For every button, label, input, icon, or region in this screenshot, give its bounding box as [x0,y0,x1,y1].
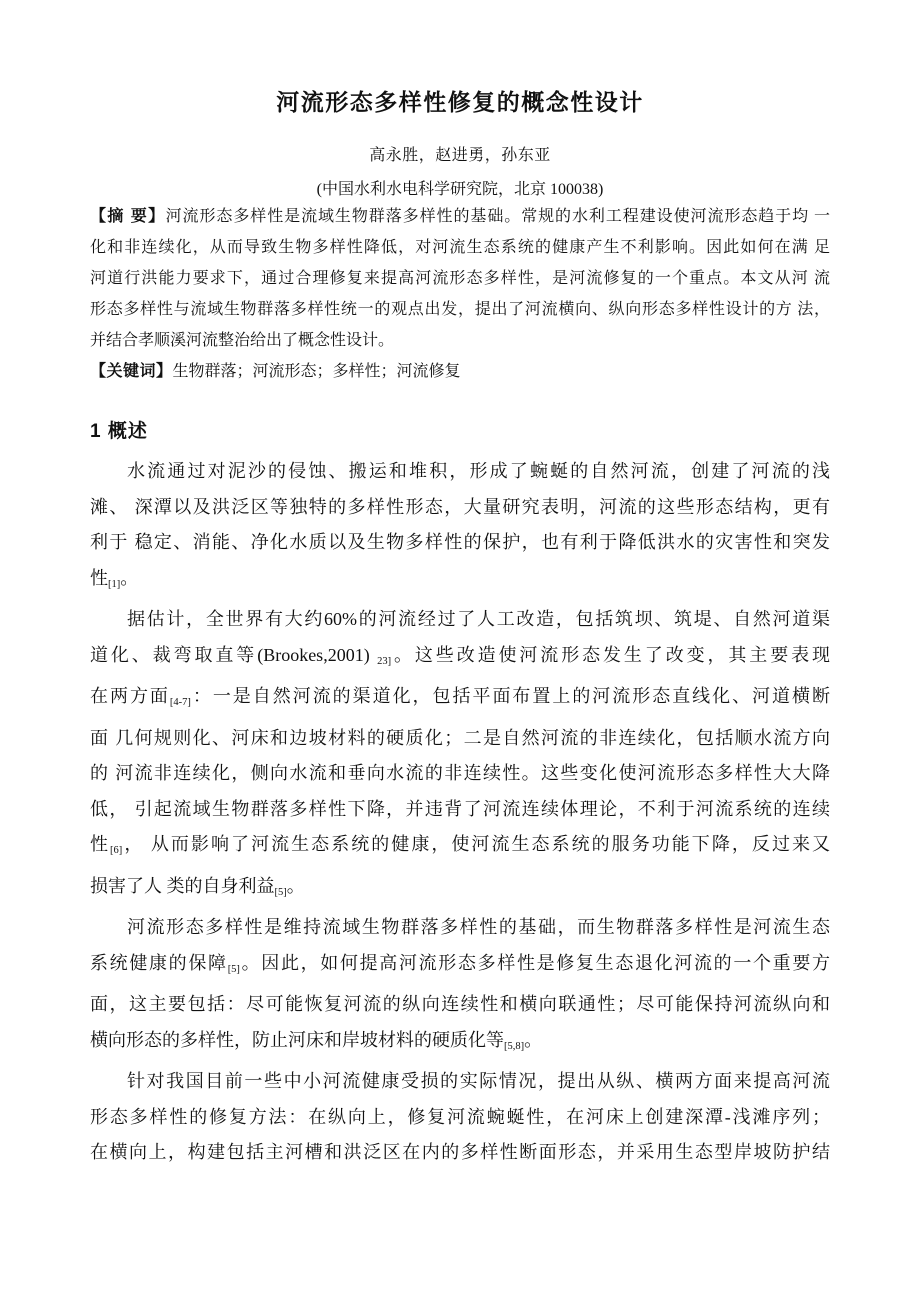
text-line: 性[6]， 从而影响了河流生态系统的健康，使河流生态系统的服务功能下降，反过来又 [90,827,830,869]
text-line: 性[1]。 [90,561,830,603]
text-line: 【关键词】生物群落；河流形态；多样性；河流修复 [90,356,830,387]
text-line: 系统健康的保障[5]。因此，如何提高河流形态多样性是修复生态退化河流的一个重要方 [90,946,830,988]
text-segment: 河道行洪能力要求下，通过合理修复来提高河流形态多样性，是河流修复的一个重点。本文… [90,270,830,287]
citation-marker: [5,8] [504,1041,524,1052]
text-line: 损害了人 类的自身利益[5]。 [90,869,830,911]
citation-marker: [5] [275,887,287,898]
text-segment: 并结合孝顺溪河流整治给出了概念性设计。 [90,332,394,349]
text-segment: 滩、 深潭以及洪泛区等独特的多样性形态，大量研究表明，河流的这些形态结构，更有 [90,497,830,517]
text-segment: 面，这主要包括：尽可能恢复河流的纵向连续性和横向联通性；尽可能保持河流纵向和 [90,994,830,1014]
text-line: 在横向上，构建包括主河槽和洪泛区在内的多样性断面形态，并采用生态型岸坡防护结 [90,1135,830,1171]
text-segment: 生物群落；河流形态；多样性；河流修复 [173,363,461,380]
text-line: 利于 稳定、消能、净化水质以及生物多样性的保护，也有利于降低洪水的灾害性和突发 [90,525,830,561]
text-segment: 利于 稳定、消能、净化水质以及生物多样性的保护，也有利于降低洪水的灾害性和突发 [90,532,830,552]
text-line: 针对我国目前一些中小河流健康受损的实际情况，提出从纵、横两方面来提高河流 [90,1064,830,1100]
text-segment: 道化、裁弯取直等(Brookes,2001) [90,645,377,665]
text-segment: 在两方面 [90,686,170,706]
citation-marker: [4-7] [170,697,191,708]
text-line: 的 河流非连续化，侧向水流和垂向水流的非连续性。这些变化使河流形态多样性大大降 [90,756,830,792]
text-line: 形态多样性的修复方法：在纵向上，修复河流蜿蜒性，在河床上创建深潭-浅滩序列； [90,1100,830,1136]
text-line: 河道行洪能力要求下，通过合理修复来提高河流形态多样性，是河流修复的一个重点。本文… [90,263,830,294]
text-line: 低， 引起流域生物群落多样性下降，并违背了河流连续体理论，不利于河流系统的连续 [90,792,830,828]
text-segment: 。 [524,1030,542,1050]
paragraph-3: 河流形态多样性是维持流域生物群落多样性的基础，而生物群落多样性是河流生态系统健康… [90,910,830,1064]
text-line: 道化、裁弯取直等(Brookes,2001) 23]。这些改造使河流形态发生了改… [90,638,830,680]
bold-label: 【摘 要】 [90,208,166,225]
text-line: 据估计，全世界有大约60%的河流经过了人工改造，包括筑坝、筑堤、自然河道渠 [90,602,830,638]
text-segment: 水流通过对泥沙的侵蚀、搬运和堆积，形成了蜿蜒的自然河流，创建了河流的浅 [127,461,830,481]
text-line: 【摘 要】河流形态多样性是流域生物群落多样性的基础。常规的水利工程建设使河流形态… [90,201,830,232]
citation-marker: 23] [377,656,391,667]
text-segment: 在横向上，构建包括主河槽和洪泛区在内的多样性断面形态，并采用生态型岸坡防护结 [90,1142,830,1162]
text-segment: 低， 引起流域生物群落多样性下降，并违背了河流连续体理论，不利于河流系统的连续 [90,799,830,819]
author-names: 高永胜，赵进勇，孙东亚 [90,145,830,167]
section-heading: 1 概述 [90,419,830,445]
paper-title: 河流形态多样性修复的概念性设计 [90,88,830,116]
text-segment: 系统健康的保障 [90,953,228,973]
text-segment: 横向形态的多样性，防止河床和岸坡材料的硬质化等 [90,1030,504,1050]
text-segment: ：一是自然河流的渠道化，包括平面布置上的河流形态直线化、河道横断 [191,686,830,706]
bold-label: 【关键词】 [90,363,173,380]
citation-marker: [6] [110,845,122,856]
text-segment: 性 [90,834,110,854]
text-line: 横向形态的多样性，防止河床和岸坡材料的硬质化等[5,8]。 [90,1023,830,1065]
paragraph-4: 针对我国目前一些中小河流健康受损的实际情况，提出从纵、横两方面来提高河流形态多样… [90,1064,830,1171]
text-segment: 面 几何规则化、河床和边坡材料的硬质化；二是自然河流的非连续化，包括顺水流方向 [90,728,830,748]
text-segment: 针对我国目前一些中小河流健康受损的实际情况，提出从纵、横两方面来提高河流 [127,1071,830,1091]
text-segment: 。这些改造使河流形态发生了改变，其主要表现 [391,645,830,665]
text-line: 面，这主要包括：尽可能恢复河流的纵向连续性和横向联通性；尽可能保持河流纵向和 [90,987,830,1023]
text-segment: 性 [90,568,108,588]
paragraph-2: 据估计，全世界有大约60%的河流经过了人工改造，包括筑坝、筑堤、自然河道渠道化、… [90,602,830,910]
text-segment: 的 河流非连续化，侧向水流和垂向水流的非连续性。这些变化使河流形态多样性大大降 [90,763,830,783]
affiliation: (中国水利水电科学研究院，北京 100038) [90,179,830,201]
citation-marker: [5] [228,964,240,975]
text-line: 化和非连续化，从而导致生物多样性降低，对河流生态系统的健康产生不利影响。因此如何… [90,232,830,263]
text-segment: 形态多样性的修复方法：在纵向上，修复河流蜿蜒性，在河床上创建深潭-浅滩序列； [90,1107,830,1127]
text-segment: 。 [120,568,138,588]
text-segment: 河流形态多样性是维持流域生物群落多样性的基础，而生物群落多样性是河流生态 [127,917,830,937]
text-line: 滩、 深潭以及洪泛区等独特的多样性形态，大量研究表明，河流的这些形态结构，更有 [90,490,830,526]
text-line: 面 几何规则化、河床和边坡材料的硬质化；二是自然河流的非连续化，包括顺水流方向 [90,721,830,757]
text-line: 在两方面[4-7]：一是自然河流的渠道化，包括平面布置上的河流形态直线化、河道横… [90,679,830,721]
text-line: 形态多样性与流域生物群落多样性统一的观点出发，提出了河流横向、纵向形态多样性设计… [90,294,830,325]
text-segment: 损害了人 类的自身利益 [90,876,275,896]
text-segment: 河流形态多样性是流域生物群落多样性的基础。常规的水利工程建设使河流形态趋于均 一 [166,208,830,225]
text-segment: 形态多样性与流域生物群落多样性统一的观点出发，提出了河流横向、纵向形态多样性设计… [90,301,830,318]
text-segment: 。因此，如何提高河流形态多样性是修复生态退化河流的一个重要方 [240,953,830,973]
text-line: 并结合孝顺溪河流整治给出了概念性设计。 [90,325,830,356]
text-line: 河流形态多样性是维持流域生物群落多样性的基础，而生物群落多样性是河流生态 [90,910,830,946]
text-segment: ， 从而影响了河流生态系统的健康，使河流生态系统的服务功能下降，反过来又 [122,834,830,854]
text-segment: 。 [287,876,305,896]
document-page: 河流形态多样性修复的概念性设计 高永胜，赵进勇，孙东亚 (中国水利水电科学研究院… [0,0,920,1302]
abstract-section: 【摘 要】河流形态多样性是流域生物群落多样性的基础。常规的水利工程建设使河流形态… [90,201,830,387]
text-segment: 化和非连续化，从而导致生物多样性降低，对河流生态系统的健康产生不利影响。因此如何… [90,239,830,256]
section-body: 水流通过对泥沙的侵蚀、搬运和堆积，形成了蜿蜒的自然河流，创建了河流的浅滩、 深潭… [90,454,830,1171]
paragraph-1: 水流通过对泥沙的侵蚀、搬运和堆积，形成了蜿蜒的自然河流，创建了河流的浅滩、 深潭… [90,454,830,602]
citation-marker: [1] [108,579,120,590]
text-segment: 据估计，全世界有大约60%的河流经过了人工改造，包括筑坝、筑堤、自然河道渠 [127,609,830,629]
text-line: 水流通过对泥沙的侵蚀、搬运和堆积，形成了蜿蜒的自然河流，创建了河流的浅 [90,454,830,490]
